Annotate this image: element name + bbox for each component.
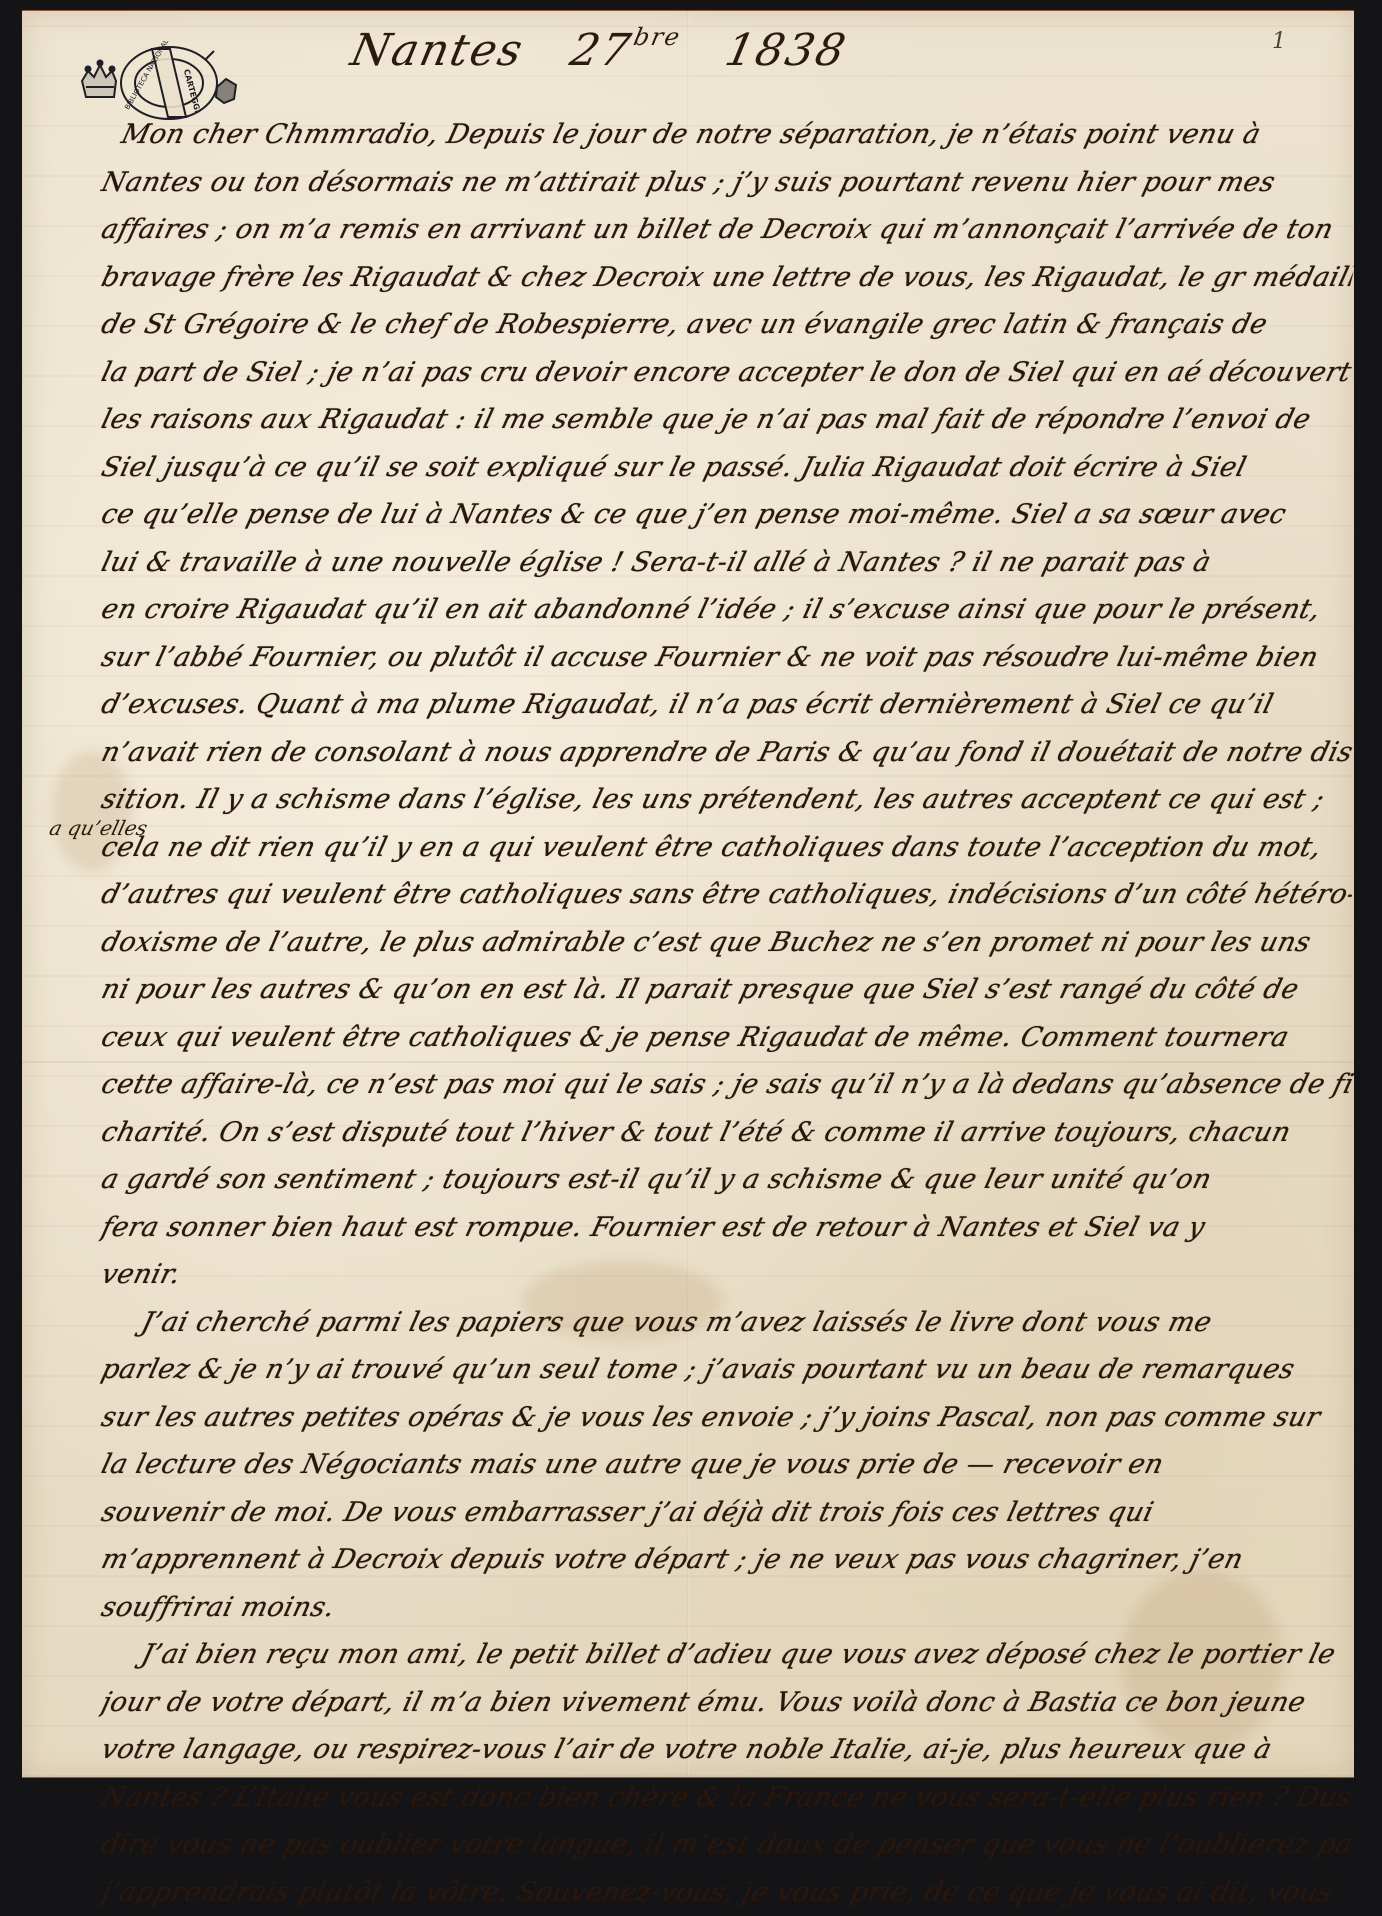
document-frame: BIBLIOTECA NAZIONALE CENTRALE FIRENZE CA… bbox=[0, 0, 1382, 1800]
letter-line: la part de Siel ; je n’ai pas cru devoir… bbox=[96, 349, 1358, 397]
letter-line: d’autres qui veulent être catholiques sa… bbox=[96, 871, 1358, 919]
letter-line: bravage frère les Rigaudat & chez Decroi… bbox=[96, 254, 1358, 302]
letter-line: ni pour les autres & qu’on en est là. Il… bbox=[96, 966, 1358, 1014]
letter-line: souvenir de moi. De vous embarrasser j’a… bbox=[96, 1489, 1358, 1537]
letter-line: fera sonner bien haut est rompue. Fourni… bbox=[96, 1204, 1358, 1252]
dateline-place: Nantes bbox=[346, 25, 528, 76]
letter-line: en croire Rigaudat qu’il en ait abandonn… bbox=[96, 586, 1358, 634]
letter-line: a gardé son sentiment ; toujours est-il … bbox=[96, 1156, 1358, 1204]
letter-line: sur les autres petites opéras & je vous … bbox=[96, 1394, 1358, 1442]
letter-line: jour de votre départ, il m’a bien viveme… bbox=[96, 1679, 1358, 1727]
letter-line: n’avait rien de consolant à nous apprend… bbox=[96, 729, 1358, 777]
letter-line: d’excuses. Quant à ma plume Rigaudat, il… bbox=[96, 681, 1358, 729]
letter-line: Siel jusqu’à ce qu’il se soit expliqué s… bbox=[96, 444, 1358, 492]
letter-line: J’ai bien reçu mon ami, le petit billet … bbox=[96, 1631, 1358, 1679]
letter-line: ce qu’elle pense de lui à Nantes & ce qu… bbox=[96, 491, 1358, 539]
letter-line: ceux qui veulent être catholiques & je p… bbox=[96, 1014, 1358, 1062]
letter-line: cette affaire-là, ce n’est pas moi qui l… bbox=[96, 1061, 1358, 1109]
letter-line: venir. bbox=[96, 1251, 1358, 1299]
letter-line: Mon cher Chmmradio, Depuis le jour de no… bbox=[96, 111, 1358, 159]
svg-text:CARTEGGI: CARTEGGI bbox=[182, 68, 202, 114]
letter-line: sition. Il y a schisme dans l’église, le… bbox=[96, 776, 1358, 824]
letter-line: de St Grégoire & le chef de Robespierre,… bbox=[96, 301, 1358, 349]
letter-page: BIBLIOTECA NAZIONALE CENTRALE FIRENZE CA… bbox=[22, 10, 1354, 1778]
dateline-day: 27 bbox=[566, 25, 637, 76]
dateline-month: bre bbox=[631, 23, 684, 51]
letter-line: les raisons aux Rigaudat : il me semble … bbox=[96, 396, 1358, 444]
letter-line: cela ne dit rien qu’il y en a qui veulen… bbox=[96, 824, 1358, 872]
letter-line: lui & travaille à une nouvelle église ! … bbox=[96, 539, 1358, 587]
letter-line: souffrirai moins. bbox=[96, 1584, 1358, 1632]
letter-dateline: Nantes 27bre 1838 bbox=[346, 23, 852, 76]
letter-body: Mon cher Chmmradio, Depuis le jour de no… bbox=[102, 111, 1352, 1800]
letter-line: votre langage, ou respirez-vous l’air de… bbox=[96, 1726, 1358, 1774]
letter-line: Nantes ? L’Italie vous est donc bien chè… bbox=[96, 1774, 1358, 1801]
dateline-year: 1838 bbox=[721, 25, 852, 76]
letter-line: sur l’abbé Fournier, ou plutôt il accuse… bbox=[96, 634, 1358, 682]
letter-line: J’ai cherché parmi les papiers que vous … bbox=[96, 1299, 1358, 1347]
letter-line: Nantes ou ton désormais ne m’attirait pl… bbox=[96, 159, 1358, 207]
letter-line: la lecture des Négociants mais une autre… bbox=[96, 1441, 1358, 1489]
page-number: 1 bbox=[1272, 29, 1286, 54]
letter-line: m’apprennent à Decroix depuis votre dépa… bbox=[96, 1536, 1358, 1584]
letter-line: charité. On s’est disputé tout l’hiver &… bbox=[96, 1109, 1358, 1157]
letter-line: parlez & je n’y ai trouvé qu’un seul tom… bbox=[96, 1346, 1358, 1394]
letter-line: doxisme de l’autre, le plus admirable c’… bbox=[96, 919, 1358, 967]
library-stamp-icon: BIBLIOTECA NAZIONALE CENTRALE FIRENZE CA… bbox=[74, 41, 259, 121]
letter-line: affaires ; on m’a remis en arrivant un b… bbox=[96, 206, 1358, 254]
